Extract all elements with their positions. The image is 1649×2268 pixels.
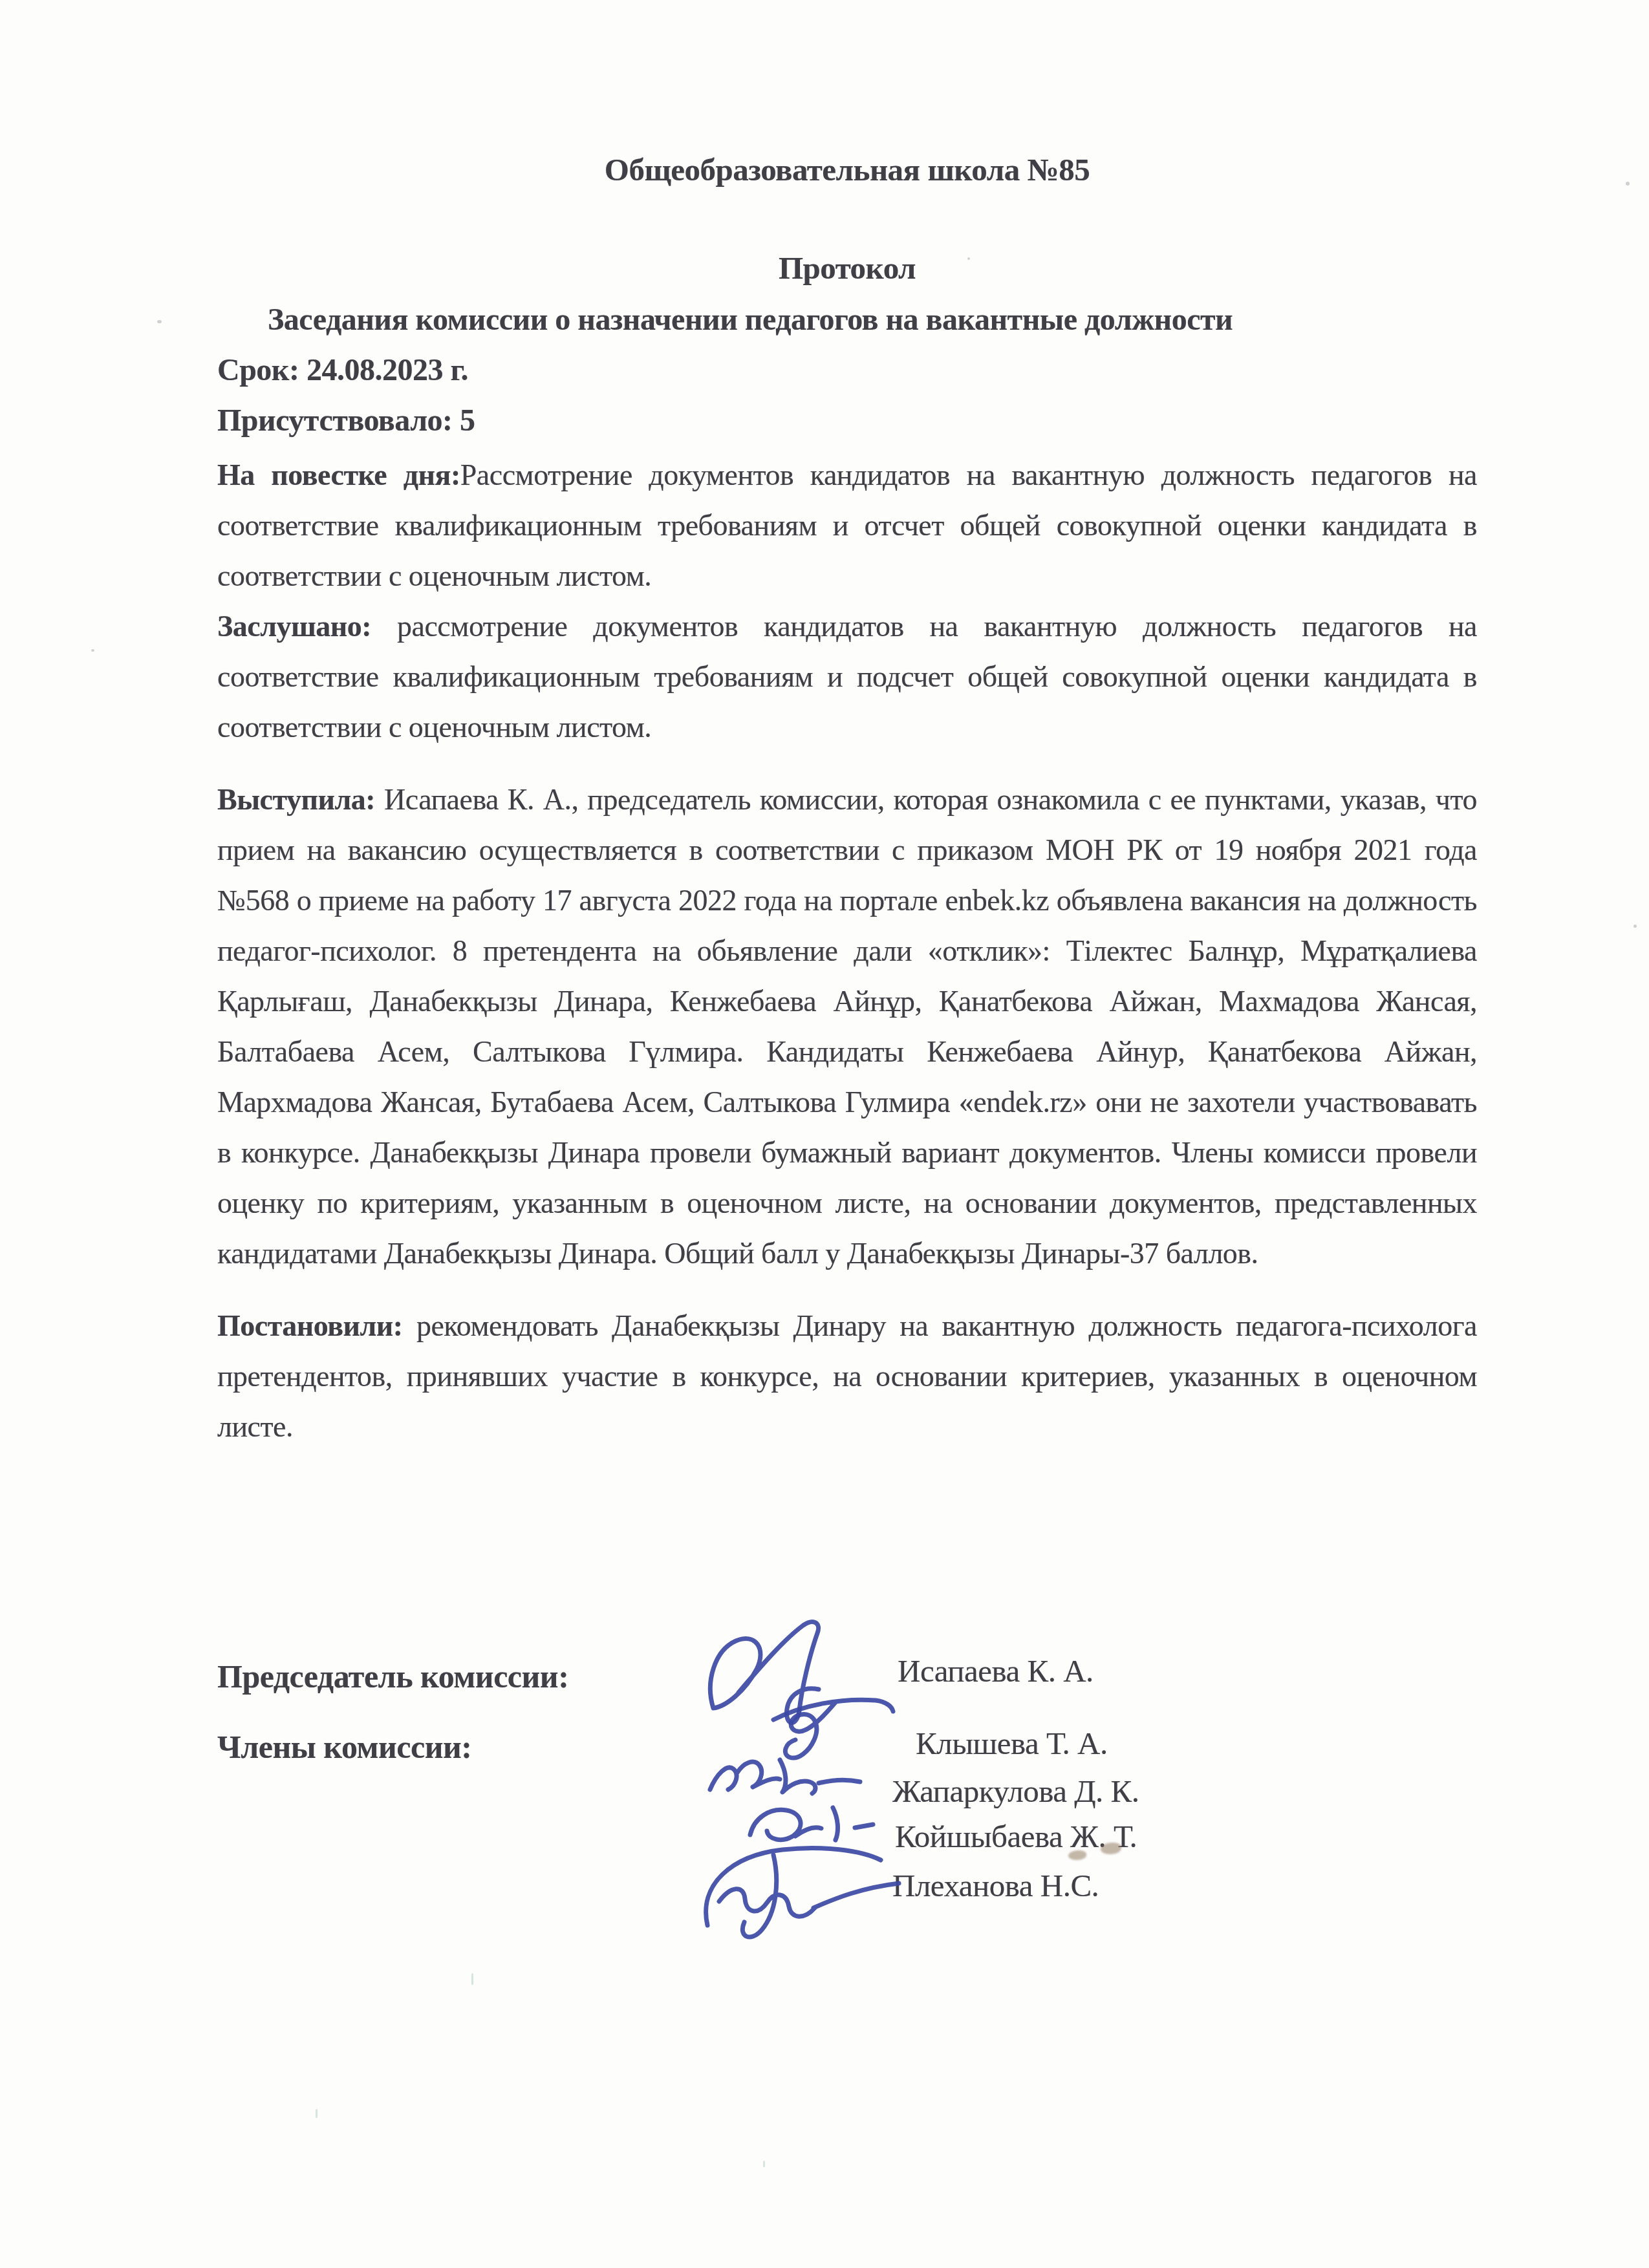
scanned-protocol-page: Общеобразовательная школа №85 Протокол З… [0,0,1649,2268]
spoke-paragraph: Выступила: Исапаева К. А., председатель … [217,775,1477,1279]
spoke-label: Выступила: [217,783,375,816]
scan-speck [1626,182,1630,186]
signature-klysheva [773,1700,893,1758]
chairman-label: Председатель комиссии: [217,1657,568,1696]
scan-speck [316,2109,318,2118]
signature-plekhanova [706,1848,899,1937]
members-label: Члены комиссии: [217,1728,472,1766]
agenda-paragraph: На повестке дня:Рассмотрение документов … [217,450,1477,601]
heard-paragraph: Заслушано: рассмотрение документов канди… [217,601,1477,753]
scan-speck [157,320,162,323]
signature-zhaparkulova [710,1760,860,1793]
doc-attendance: Присутствовало: 5 [217,396,1477,446]
school-title: Общеобразовательная школа №85 [217,150,1477,190]
text-column: Общеобразовательная школа №85 Протокол З… [217,0,1477,1452]
member-name: Клышева Т. А. [916,1725,1108,1762]
scan-speck [763,2161,765,2167]
member-name: Жапаркулова Д. К. [892,1773,1139,1810]
heard-text: рассмотрение документов кандидатов на ва… [217,610,1477,744]
resolved-label: Постановили: [217,1309,403,1342]
scan-speck [471,1973,473,1985]
doc-title: Протокол [217,243,1477,294]
chairman-name: Исапаева К. А. [898,1653,1094,1690]
signature-isapaeva [710,1622,819,1723]
resolved-paragraph: Постановили: рекомендовать Данабекқызы Д… [217,1301,1477,1452]
scan-speck [91,649,94,652]
doc-subject: Заседания комиссии о назначении педагого… [217,295,1477,345]
heard-label: Заслушано: [217,610,371,643]
resolved-text: рекомендовать Данабекқызы Динару на вака… [217,1309,1477,1443]
agenda-label: На повестке дня: [217,458,460,491]
spoke-text: Исапаева К. А., председатель комиссии, к… [217,783,1477,1270]
scan-speck [1633,925,1637,928]
signature-koishybaeva [750,1808,873,1840]
member-name: Плеханова Н.С. [892,1867,1099,1905]
ink-smudge [1068,1850,1086,1860]
doc-term: Срок: 24.08.2023 г. [217,345,1477,396]
scan-speck [967,257,970,260]
